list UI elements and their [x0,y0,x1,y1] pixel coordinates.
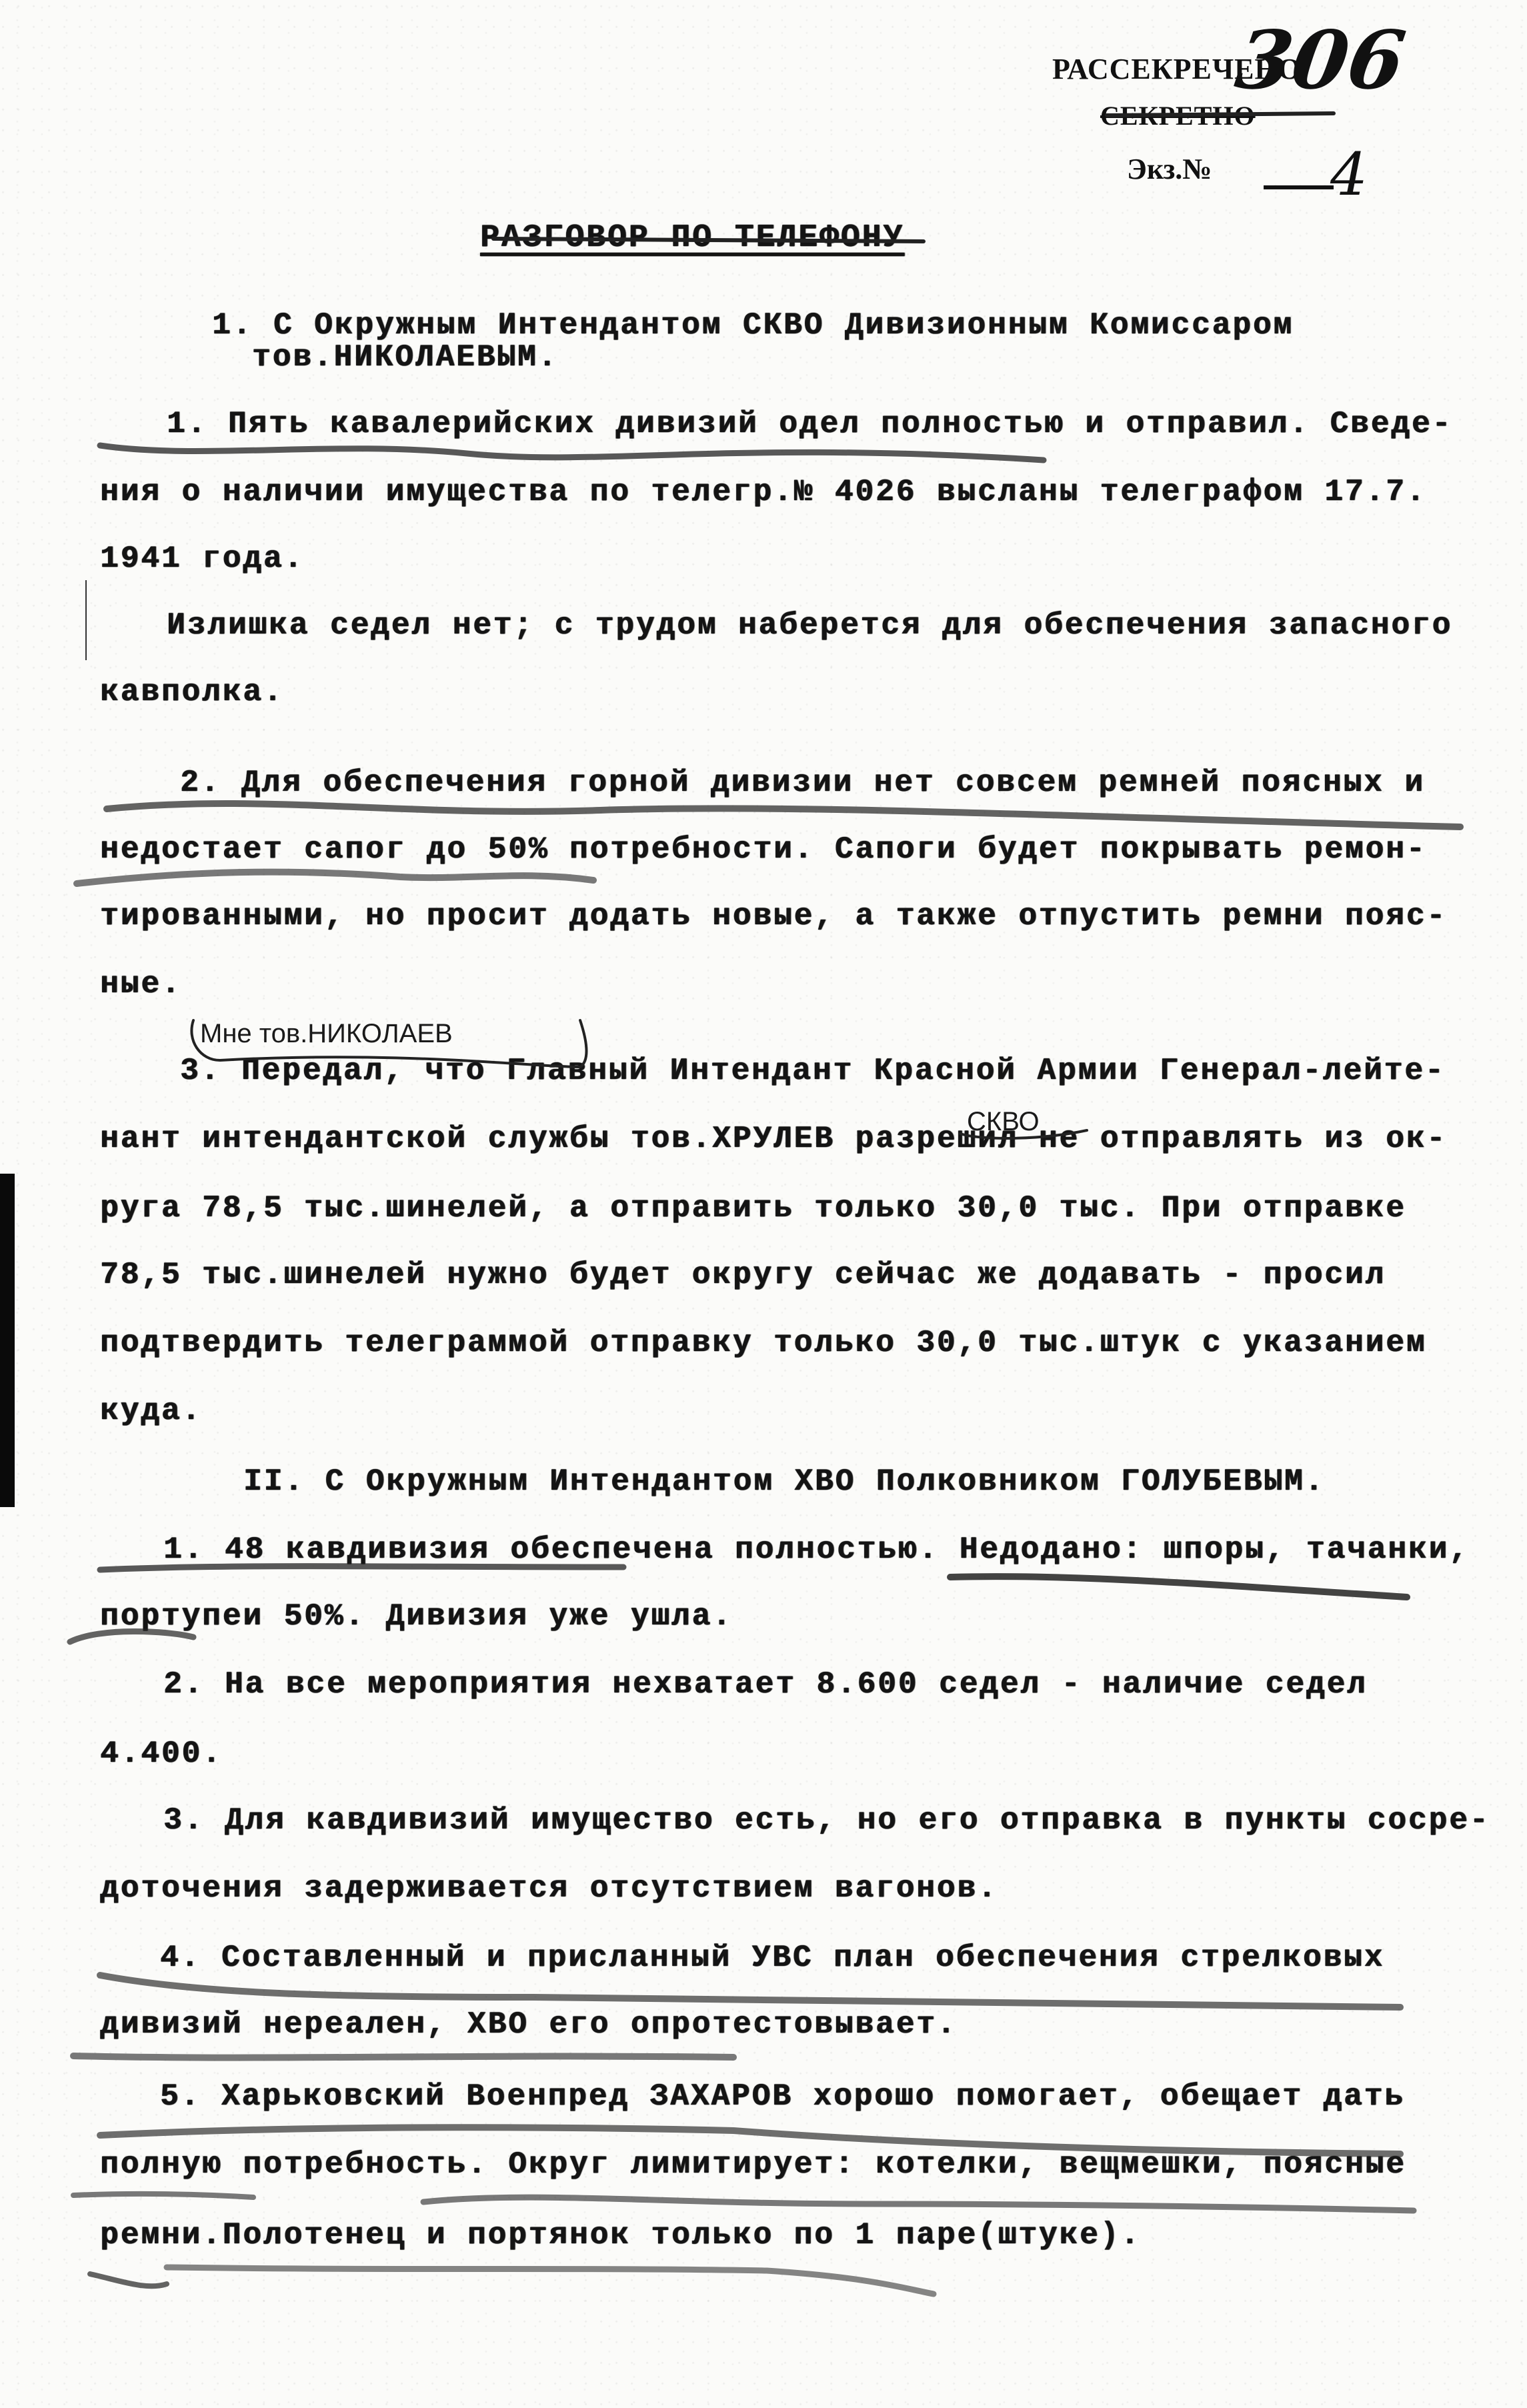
section2-line: 4. Составленный и присланный УВС план об… [160,1941,1384,1975]
section2-heading: II. С Окружным Интендантом ХВО Полковник… [243,1464,1325,1499]
document-title: РАЗГОВОР ПО ТЕЛЕФОНУ [480,220,904,256]
section1-heading-name: тов.НИКОЛАЕВЫМ. [252,340,558,375]
section1-line: кавполка. [100,675,283,710]
section2-line: доточения задерживается отсутствием ваго… [100,1871,998,1906]
section1-line: 2. Для обеспечения горной дивизии нет со… [180,766,1425,800]
handwritten-insert-name: Мне тов.НИКОЛАЕВ [200,1019,453,1049]
section1-line: 78,5 тыс.шинелей нужно будет округу сейч… [100,1258,1386,1292]
section1-line: 1. Пять кавалерийских дивизий одел полно… [167,407,1452,441]
section2-line: 5. Харьковский Военпред ЗАХАРОВ хорошо п… [160,2079,1405,2114]
section1-line: тированными, но просит додать новые, а т… [100,899,1447,934]
section2-line: 1. 48 кавдивизия обеспечена полностью. Н… [163,1532,1470,1567]
section2-line: полную потребность. Округ лимитирует: ко… [100,2147,1406,2182]
section1-line: ные. [100,967,181,1002]
section1-line: ния о наличии имущества по телегр.№ 4026… [100,475,1426,509]
section2-line: ремни.Полотенец и портянок только по 1 п… [100,2218,1141,2253]
section1-line: руга 78,5 тыс.шинелей, а отправить тольк… [100,1191,1406,1226]
section1-line: куда. [100,1394,202,1428]
copy-number-underline [1264,185,1334,189]
section2-line: 3. Для кавдивизий имущество есть, но его… [163,1803,1490,1838]
copy-label: Экз.№ [1127,152,1212,186]
section2-line: дивизий нереален, ХВО его опротестовывае… [100,2007,957,2042]
section2-line: 4.400. [100,1736,223,1771]
section1-heading: 1. С Окружным Интендантом СКВО Дивизионн… [212,308,1294,343]
section1-line: 3. Передал, что Главный Интендант Красно… [180,1054,1445,1088]
section1-line: нант интендантской службы тов.ХРУЛЕВ раз… [100,1122,1447,1156]
document-page: РАССЕКРЕЧЕНО СЕКРЕТНО Экз.№ 4 306 РАЗГОВ… [0,0,1527,2408]
section1-line: подтвердить телеграммой отправку только … [100,1326,1426,1360]
copy-number-handwritten: 4 [1330,140,1368,209]
section1-line: Излишка седел нет; с трудом наберется дл… [167,608,1452,643]
scan-edge-shadow [0,1174,15,1507]
margin-mark [85,580,87,660]
section2-line: портупеи 50%. Дивизия уже ушла. [100,1599,733,1634]
section1-line: 1941 года. [100,541,304,576]
page-number-handwritten: 306 [1230,13,1410,107]
section1-line: недостает сапог до 50% потребности. Сапо… [100,832,1426,867]
section2-line: 2. На все мероприятия нехватает 8.600 се… [163,1667,1368,1702]
